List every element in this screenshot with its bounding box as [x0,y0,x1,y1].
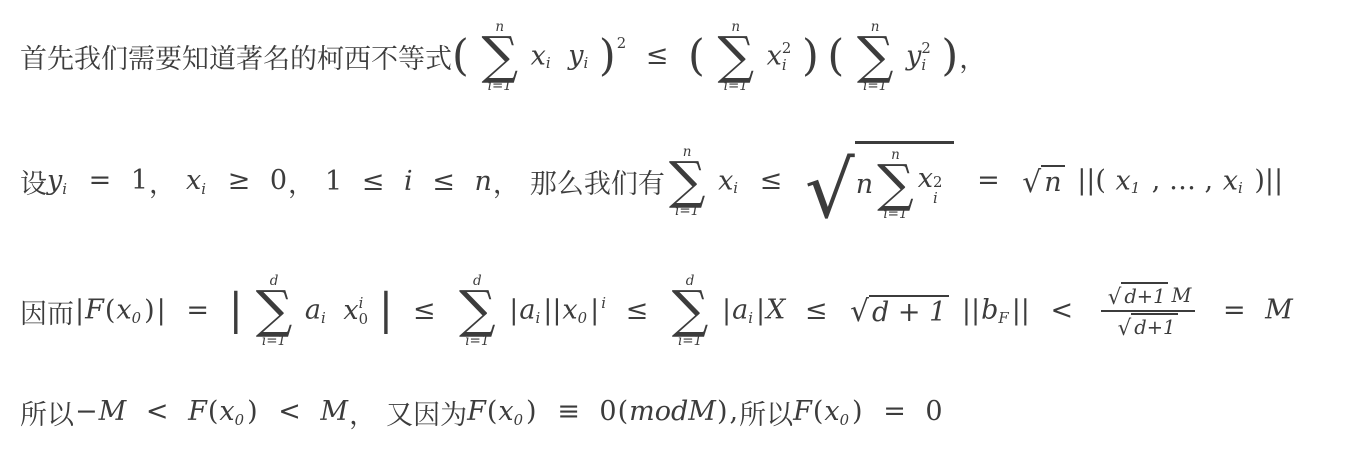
paragraph-line-2: 设 yi = 1 ， xi ≥ 0 ， 1 ≤ i ≤ n ， 那么我们有 n … [0,113,1367,250]
math-subscript: i [1238,179,1243,197]
paren: ( [688,35,705,78]
sigma-symbol: ∑ [459,289,496,333]
math-operator: ≤ [432,166,455,197]
math-superscript: i [601,294,606,312]
math-subscript: 0 [235,411,244,429]
sqrt: √ d + 1 [850,295,949,328]
radical-symbol: √ [1022,167,1041,198]
math-operator: < [1051,295,1074,326]
math-subscript: i [201,180,206,198]
radicand: n n ∑ i=1 x2i [855,141,955,223]
math-variable: x [498,396,513,427]
paren: ) [802,35,819,78]
summation: n ∑ i=1 [877,147,914,223]
formula-conclusion-1: −M < F(x0) < M [74,396,348,428]
math-variable: i [404,166,413,197]
summation: n ∑ i=1 [857,19,894,95]
math-variable: a [519,295,535,326]
math-operator: ≤ [760,165,783,196]
math-variable: x [718,165,733,196]
math-variable: x [343,295,358,326]
sum-lower-limit: i=1 [883,206,907,222]
math-operator: ≤ [362,166,385,197]
math-variable: M [99,396,127,427]
math-number: 0 [925,396,942,427]
abs-bar: | [756,295,765,326]
radical-symbol: √ [850,296,869,327]
math-subscript: i [733,179,738,197]
chinese-comma: ， [959,37,986,76]
paren: ) [717,396,728,427]
math-operator: ≡ [557,396,580,427]
paragraph-line-1: 首先我们需要知道著名的柯西不等式 ( n ∑ i=1 xi yi )2 ≤ ( … [0,0,1367,113]
radicand: d+1 [1121,282,1168,309]
math-subscript: 0 [840,411,849,429]
math-subscript: i [921,57,926,73]
cjk-text: 所以 [739,393,793,432]
paren: ( [813,396,824,427]
math-variable: x [116,295,131,326]
math-subscript: i [782,57,787,73]
summation: d ∑ i=1 [459,273,496,349]
paren: ) [852,396,863,427]
sigma-symbol: ∑ [481,35,518,79]
formula-assumption: yi = 1 [47,165,148,197]
math-variable: x [918,163,933,194]
chinese-comma: ， [288,162,315,201]
abs-bar: | [379,289,394,332]
math-superscript: 2 [617,34,626,52]
math-variable: x [824,396,839,427]
math-expression: d+1 [1134,315,1175,340]
math-subscript: i [933,190,938,206]
math-number: 1 [325,166,342,197]
sqrt: √ d+1 [1108,282,1169,309]
cjk-text: 因而 [20,292,74,331]
paren: ) [247,396,258,427]
summation: d ∑ i=1 [256,273,293,349]
math-superscript: i [359,295,364,311]
cjk-text: 首先我们需要知道著名的柯西不等式 [20,37,452,76]
sigma-symbol: ∑ [672,289,709,333]
mod-text: modM [629,396,716,427]
summation: n ∑ i=1 [717,19,754,95]
math-subscript: 0 [514,411,523,429]
math-variable: F [188,396,207,427]
math-variable: a [732,295,748,326]
paren: ( [618,396,629,427]
paren: ) [526,396,537,427]
sigma-symbol: ∑ [877,163,914,207]
fraction-numerator: √ d+1 M [1101,281,1196,312]
math-operator: = [186,295,209,326]
abs-bar: || [543,295,561,326]
math-operator: ≥ [228,165,251,196]
formula-condition-1: xi ≥ 0 [186,165,287,197]
formula-cauchy: ( n ∑ i=1 xi yi )2 ≤ ( n ∑ i=1 x2i ) ( n… [452,19,958,95]
comma: , [729,396,738,427]
cjk-text: 设 [20,162,47,201]
math-operator: = [977,165,1000,196]
math-variable: x [562,295,577,326]
summation: n ∑ i=1 [669,144,706,220]
cjk-text: 那么我们有 [530,162,665,201]
abs-bar: | [157,295,166,326]
math-variable: n [474,166,491,197]
math-operator: ≤ [626,295,649,326]
math-variable: x [219,396,234,427]
math-number: 1 [131,165,148,196]
math-variable: b [981,295,998,326]
sigma-symbol: ∑ [717,35,754,79]
paren: ) [599,35,616,78]
formula-congruence: F(x0) ≡ 0(modM), [467,396,739,428]
sigma-symbol: ∑ [256,289,293,333]
formula-bound: n ∑ i=1 xi ≤ √ n n ∑ i=1 x2i [665,141,1284,223]
formula-condition-2: 1 ≤ i ≤ n [325,166,492,197]
math-operator: = [1223,295,1246,326]
math-subscript: i [535,309,540,327]
math-term: x2i [918,163,945,207]
math-variable: M [1265,295,1293,326]
paren: ( [827,35,844,78]
math-number: 0 [599,396,616,427]
math-subscript: i [62,180,67,198]
math-superscript: 2 [782,40,791,56]
minus-sign: − [75,396,98,427]
math-operator: < [278,396,301,427]
sum-lower-limit: i=1 [678,333,702,349]
sum-lower-limit: i=1 [262,333,286,349]
math-variable: x [186,165,201,196]
norm-bars: || [962,295,980,326]
paren: ( [452,35,469,78]
paragraph-line-3: 因而 |F(x0)| = | d ∑ i=1 ai xi0 | ≤ d ∑ i=… [0,250,1367,372]
sqrt: √ n n ∑ i=1 x2i [805,141,955,223]
sqrt: √ d+1 [1118,313,1179,340]
fraction-denominator: √ d+1 [1111,312,1186,341]
paren: ( [487,396,498,427]
sum-lower-limit: i=1 [724,78,748,94]
math-variable: y [568,40,583,71]
math-variable: F [793,396,812,427]
ellipsis: , … , [1152,165,1213,196]
math-variable: x [531,40,546,71]
math-expression: d+1 [1124,284,1165,309]
math-operator: ≤ [646,40,669,71]
math-expression: d + 1 [872,297,946,328]
math-variable: x [767,40,782,71]
math-scripts: 2i [933,174,942,207]
summation: d ∑ i=1 [672,273,709,349]
radicand: n [1041,165,1064,198]
math-variable: y [47,165,62,196]
math-subscript: 0 [359,311,368,327]
math-scripts: 2i [782,40,791,73]
math-variable: M [320,396,348,427]
radicand: d + 1 [869,295,949,328]
math-variable: n [856,169,873,200]
cjk-text: 所以 [20,393,74,432]
math-variable: M [1171,283,1191,308]
math-variable: n [1044,167,1061,198]
math-document: 首先我们需要知道著名的柯西不等式 ( n ∑ i=1 xi yi )2 ≤ ( … [0,0,1367,453]
math-operator: ≤ [805,295,828,326]
paren: ( [105,295,116,326]
math-operator: < [146,396,169,427]
abs-bar: | [590,295,599,326]
paragraph-line-4: 所以 −M < F(x0) < M ， 又因为 F(x0) ≡ 0(modM),… [0,372,1367,453]
math-operator: = [883,396,906,427]
math-superscript: 2 [933,174,942,190]
sum-lower-limit: i=1 [465,333,489,349]
chinese-comma: ， [493,162,520,201]
math-operator: = [89,165,112,196]
radicand: d+1 [1131,313,1178,340]
radical-symbol: √ [1108,287,1122,309]
math-variable: F [467,396,486,427]
math-variable: X [766,295,785,326]
math-subscript: 0 [578,309,587,327]
math-variable: y [906,40,921,71]
math-variable: x [1223,165,1238,196]
abs-bar: | [75,295,84,326]
norm-bars: ||( [1077,165,1106,196]
math-scripts: 2i [921,40,930,73]
math-variable: F [85,295,104,326]
math-subscript: i [321,309,326,327]
abs-bar: | [229,289,244,332]
formula-estimate: |F(x0)| = | d ∑ i=1 ai xi0 | ≤ d ∑ i=1 |… [74,273,1293,349]
math-operator: ≤ [413,295,436,326]
abs-bar: | [509,295,518,326]
math-number: 0 [270,165,287,196]
math-scripts: i0 [359,295,368,328]
sigma-symbol: ∑ [669,160,706,204]
math-subscript: i [546,54,551,72]
math-variable: x [1116,165,1131,196]
paren: ) [144,295,155,326]
sum-lower-limit: i=1 [675,203,699,219]
radical-symbol: √ [805,160,855,223]
math-subscript: F [998,309,1008,327]
math-variable: a [305,295,321,326]
math-subscript: i [584,54,589,72]
sum-lower-limit: i=1 [488,78,512,94]
sum-lower-limit: i=1 [863,78,887,94]
paren: ) [941,35,958,78]
abs-bar: | [722,295,731,326]
sigma-symbol: ∑ [857,35,894,79]
math-superscript: 2 [921,40,930,56]
chinese-comma: ， [149,162,176,201]
paren: ( [208,396,219,427]
math-subscript: i [748,309,753,327]
chinese-comma: ， [349,393,376,432]
sqrt: √ n [1022,165,1064,198]
radical-symbol: √ [1118,318,1132,340]
norm-bars: )|| [1254,165,1283,196]
formula-conclusion-2: F(x0) = 0 [793,396,943,428]
cjk-text: 又因为 [386,393,467,432]
norm-bars: || [1012,295,1030,326]
fraction: √ d+1 M √ d+1 [1101,281,1196,342]
summation: n ∑ i=1 [481,19,518,95]
math-subscript: 0 [132,309,141,327]
math-subscript: 1 [1131,179,1140,197]
